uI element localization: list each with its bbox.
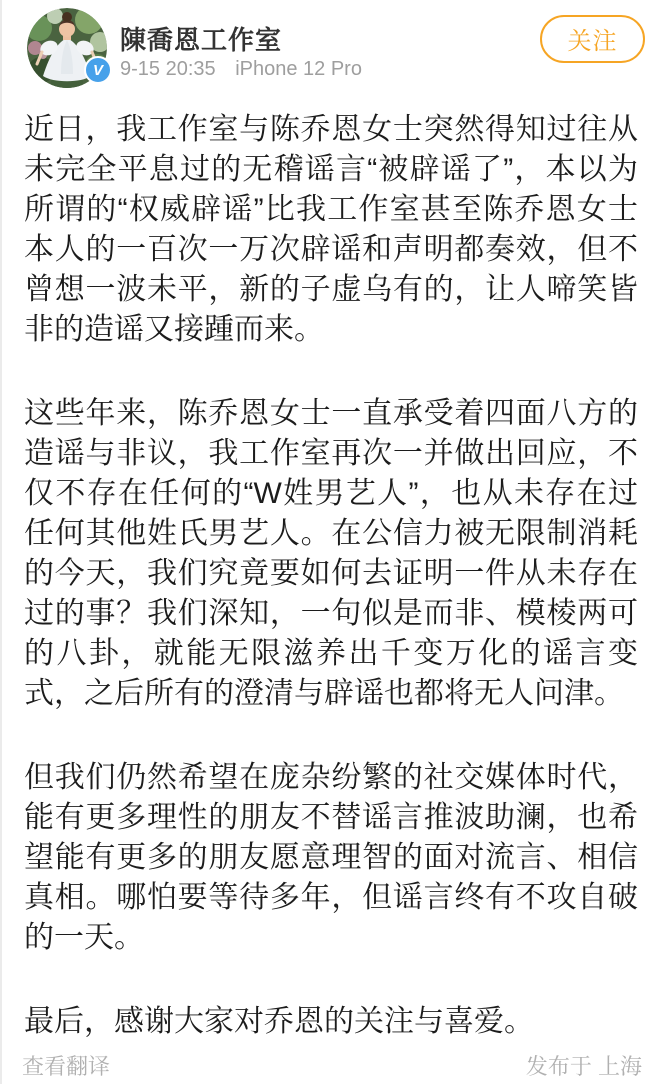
weibo-post-card: V 陳喬恩工作室 9-15 20:35 iPhone 12 Pro 关注 近日，… bbox=[0, 0, 660, 1084]
post-header: V 陳喬恩工作室 9-15 20:35 iPhone 12 Pro 关注 bbox=[2, 0, 660, 96]
avatar[interactable]: V bbox=[27, 8, 107, 88]
post-paragraph: 近日，我工作室与陈乔恩女士突然得知过往从未完全平息过的无稽谣言“被辟谣了”，本以… bbox=[24, 110, 638, 350]
timestamp: 9-15 20:35 bbox=[120, 58, 216, 80]
account-name[interactable]: 陳喬恩工作室 bbox=[120, 20, 282, 57]
verified-badge-icon: V bbox=[84, 56, 112, 84]
post-meta: 9-15 20:35 iPhone 12 Pro bbox=[120, 58, 362, 81]
follow-button[interactable]: 关注 bbox=[540, 15, 645, 63]
post-footer: 查看翻译 发布于 上海 bbox=[2, 1050, 660, 1081]
post-paragraph: 最后，感谢大家对乔恩的关注与喜爱。 bbox=[24, 1002, 638, 1042]
post-paragraph: 但我们仍然希望在庞杂纷繁的社交媒体时代，能有更多理性的朋友不替谣言推波助澜，也希… bbox=[24, 758, 638, 958]
post-body: 近日，我工作室与陈乔恩女士突然得知过往从未完全平息过的无稽谣言“被辟谣了”，本以… bbox=[2, 110, 660, 1042]
device-source: iPhone 12 Pro bbox=[235, 58, 362, 80]
view-translation-link[interactable]: 查看翻译 bbox=[22, 1050, 110, 1081]
post-location: 发布于 上海 bbox=[526, 1050, 642, 1081]
post-paragraph: 这些年来，陈乔恩女士一直承受着四面八方的造谣与非议，我工作室再次一并做出回应，不… bbox=[24, 394, 638, 714]
